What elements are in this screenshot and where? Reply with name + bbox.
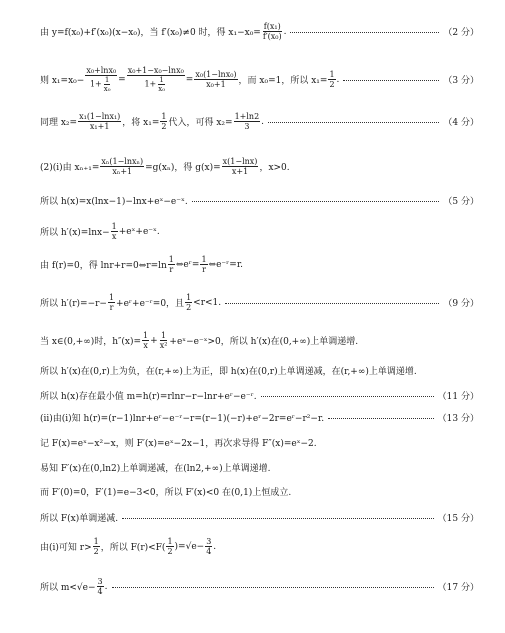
- fraction: xₙ(1−lnxₙ) xₙ+1: [100, 157, 144, 176]
- fraction: 1 r: [168, 255, 175, 274]
- line-text: 同理 x₂=: [40, 115, 77, 128]
- line-text: (2)(i)由 xₙ₊₁=: [40, 160, 99, 173]
- score-label: （9 分）: [443, 296, 479, 309]
- solution-line-14: 易知 F′(x)在(0,ln2)上单调递减，在(ln2,+∞)上单调递增.: [40, 461, 479, 474]
- solution-line-18: 所以 m<√e− 3 4 . （17 分）: [40, 577, 479, 596]
- solution-line-1: 由 y=f(x₀)+f′(x₀)(x−x₀)，当 f′(x₀)≠0 时，得 x₁…: [40, 22, 479, 41]
- solution-line-7: 由 f(r)=0，得 lnr+r=0⇔r=ln 1 r ⇔eʳ= 1 r ⇔e⁻…: [40, 255, 479, 274]
- dotted-leader: [261, 396, 434, 397]
- line-text: 所以 h(x)=x(lnx−1)−lnx+eˣ−e⁻ˣ.: [40, 194, 188, 207]
- solution-line-17: 由(i)可知 r> 1 2 ，所以 F(r)<F( 1 2 )=√e− 3 4 …: [40, 537, 479, 556]
- solution-line-15: 而 F′(0)=0，F′(1)=e−3<0，所以 F′(x)<0 在(0,1)上…: [40, 485, 479, 498]
- line-text: (ii)由(i)知 h(r)=(r−1)lnr+eʳ−e⁻ʳ−r=(r−1)(−…: [40, 411, 324, 424]
- line-text: 所以 h′(r)=−r−: [40, 296, 107, 309]
- line-text: 易知 F′(x)在(0,ln2)上单调递减，在(ln2,+∞)上单调递增.: [40, 461, 270, 474]
- solution-line-6: 所以 h′(x)=lnx− 1 x +eˣ+e⁻ˣ.: [40, 222, 479, 241]
- fraction: 1 2: [93, 537, 100, 556]
- fraction: 1 2: [160, 112, 167, 131]
- fraction: 1 x²: [159, 331, 169, 350]
- solution-line-13: 记 F(x)=eˣ−x²−x，则 F′(x)=eˣ−2x−1，再次求导得 F″(…: [40, 436, 479, 449]
- fraction: 1 x: [111, 222, 118, 241]
- fraction: 1 2: [185, 293, 192, 312]
- dotted-leader: [112, 587, 434, 588]
- fraction: 1 2: [166, 537, 173, 556]
- fraction: x₀+1−x₀−lnx₀ 1+1x₀: [127, 66, 185, 93]
- dotted-leader: [122, 518, 434, 519]
- score-label: （3 分）: [443, 73, 479, 86]
- solution-line-9: 当 x∈(0,+∞)时，h″(x)= 1 x + 1 x² +eˣ−e⁻ˣ>0，…: [40, 331, 479, 350]
- fraction: x₀(1−lnx₀) x₀+1: [194, 70, 237, 89]
- line-text: 记 F(x)=eˣ−x²−x，则 F′(x)=eˣ−2x−1，再次求导得 F″(…: [40, 436, 317, 449]
- line-text: 所以 F(x)单调递减.: [40, 511, 118, 524]
- score-label: （5 分）: [443, 194, 479, 207]
- line-text: 由(i)可知 r>: [40, 540, 92, 553]
- fraction: 1 x: [142, 331, 149, 350]
- fraction: x₁(1−lnx₁) x₁+1: [78, 112, 121, 131]
- solution-line-4: (2)(i)由 xₙ₊₁= xₙ(1−lnxₙ) xₙ+1 =g(xₙ)，得 g…: [40, 157, 479, 176]
- line-text: 所以 h′(x)=lnx−: [40, 225, 110, 238]
- score-label: （17 分）: [438, 580, 479, 593]
- score-label: （13 分）: [438, 411, 479, 424]
- solution-line-3: 同理 x₂= x₁(1−lnx₁) x₁+1 ，将 x₁= 1 2 代入，可得 …: [40, 112, 479, 131]
- solution-line-2: 则 x₁=x₀− x₀+lnx₀ 1+1x₀ = x₀+1−x₀−lnx₀ 1+…: [40, 66, 479, 93]
- fraction: 1 r: [200, 255, 207, 274]
- dotted-leader: [290, 32, 439, 33]
- line-text: 所以 h′(x)在(0,r)上为负，在(r,+∞)上为正，即 h(x)在(0,r…: [40, 364, 417, 377]
- dotted-leader: [225, 303, 439, 304]
- solution-line-5: 所以 h(x)=x(lnx−1)−lnx+eˣ−e⁻ˣ. （5 分）: [40, 194, 479, 207]
- score-label: （2 分）: [443, 25, 479, 38]
- score-label: （15 分）: [438, 511, 479, 524]
- line-text: 所以 h(x)存在最小值 m=h(r)=rlnr−r−lnr+eʳ−e⁻ʳ.: [40, 389, 257, 402]
- fraction: f(x₁) f′(x₀): [262, 22, 283, 41]
- score-label: （11 分）: [438, 389, 479, 402]
- fraction: 1 r: [108, 293, 115, 312]
- line-text: 而 F′(0)=0，F′(1)=e−3<0，所以 F′(x)<0 在(0,1)上…: [40, 485, 291, 498]
- dotted-leader: [343, 80, 439, 81]
- dotted-leader: [328, 418, 434, 419]
- fraction: x(1−lnx) x+1: [222, 157, 259, 176]
- score-label: （4 分）: [443, 115, 479, 128]
- fraction: 1 2: [328, 70, 335, 89]
- solution-line-16: 所以 F(x)单调递减. （15 分）: [40, 511, 479, 524]
- line-text: 所以 m<√e−: [40, 580, 96, 593]
- solution-line-11: 所以 h(x)存在最小值 m=h(r)=rlnr−r−lnr+eʳ−e⁻ʳ. （…: [40, 389, 479, 402]
- fraction: x₀+lnx₀ 1+1x₀: [85, 66, 117, 93]
- dotted-leader: [268, 122, 439, 123]
- line-text: 当 x∈(0,+∞)时，h″(x)=: [40, 334, 141, 347]
- dotted-leader: [192, 201, 440, 202]
- line-text: 则 x₁=x₀−: [40, 73, 84, 86]
- solution-line-8: 所以 h′(r)=−r− 1 r +eʳ+e⁻ʳ=0，且 1 2 <r<1. （…: [40, 293, 479, 312]
- fraction: 3 4: [97, 577, 104, 596]
- solution-line-10: 所以 h′(x)在(0,r)上为负，在(r,+∞)上为正，即 h(x)在(0,r…: [40, 364, 479, 377]
- line-text: 由 f(r)=0，得 lnr+r=0⇔r=ln: [40, 258, 167, 271]
- line-text: 由 y=f(x₀)+f′(x₀)(x−x₀)，当 f′(x₀)≠0 时，得 x₁…: [40, 25, 261, 38]
- fraction: 1+ln2 3: [234, 112, 261, 131]
- solution-line-12: (ii)由(i)知 h(r)=(r−1)lnr+eʳ−e⁻ʳ−r=(r−1)(−…: [40, 411, 479, 424]
- fraction: 3 4: [205, 537, 212, 556]
